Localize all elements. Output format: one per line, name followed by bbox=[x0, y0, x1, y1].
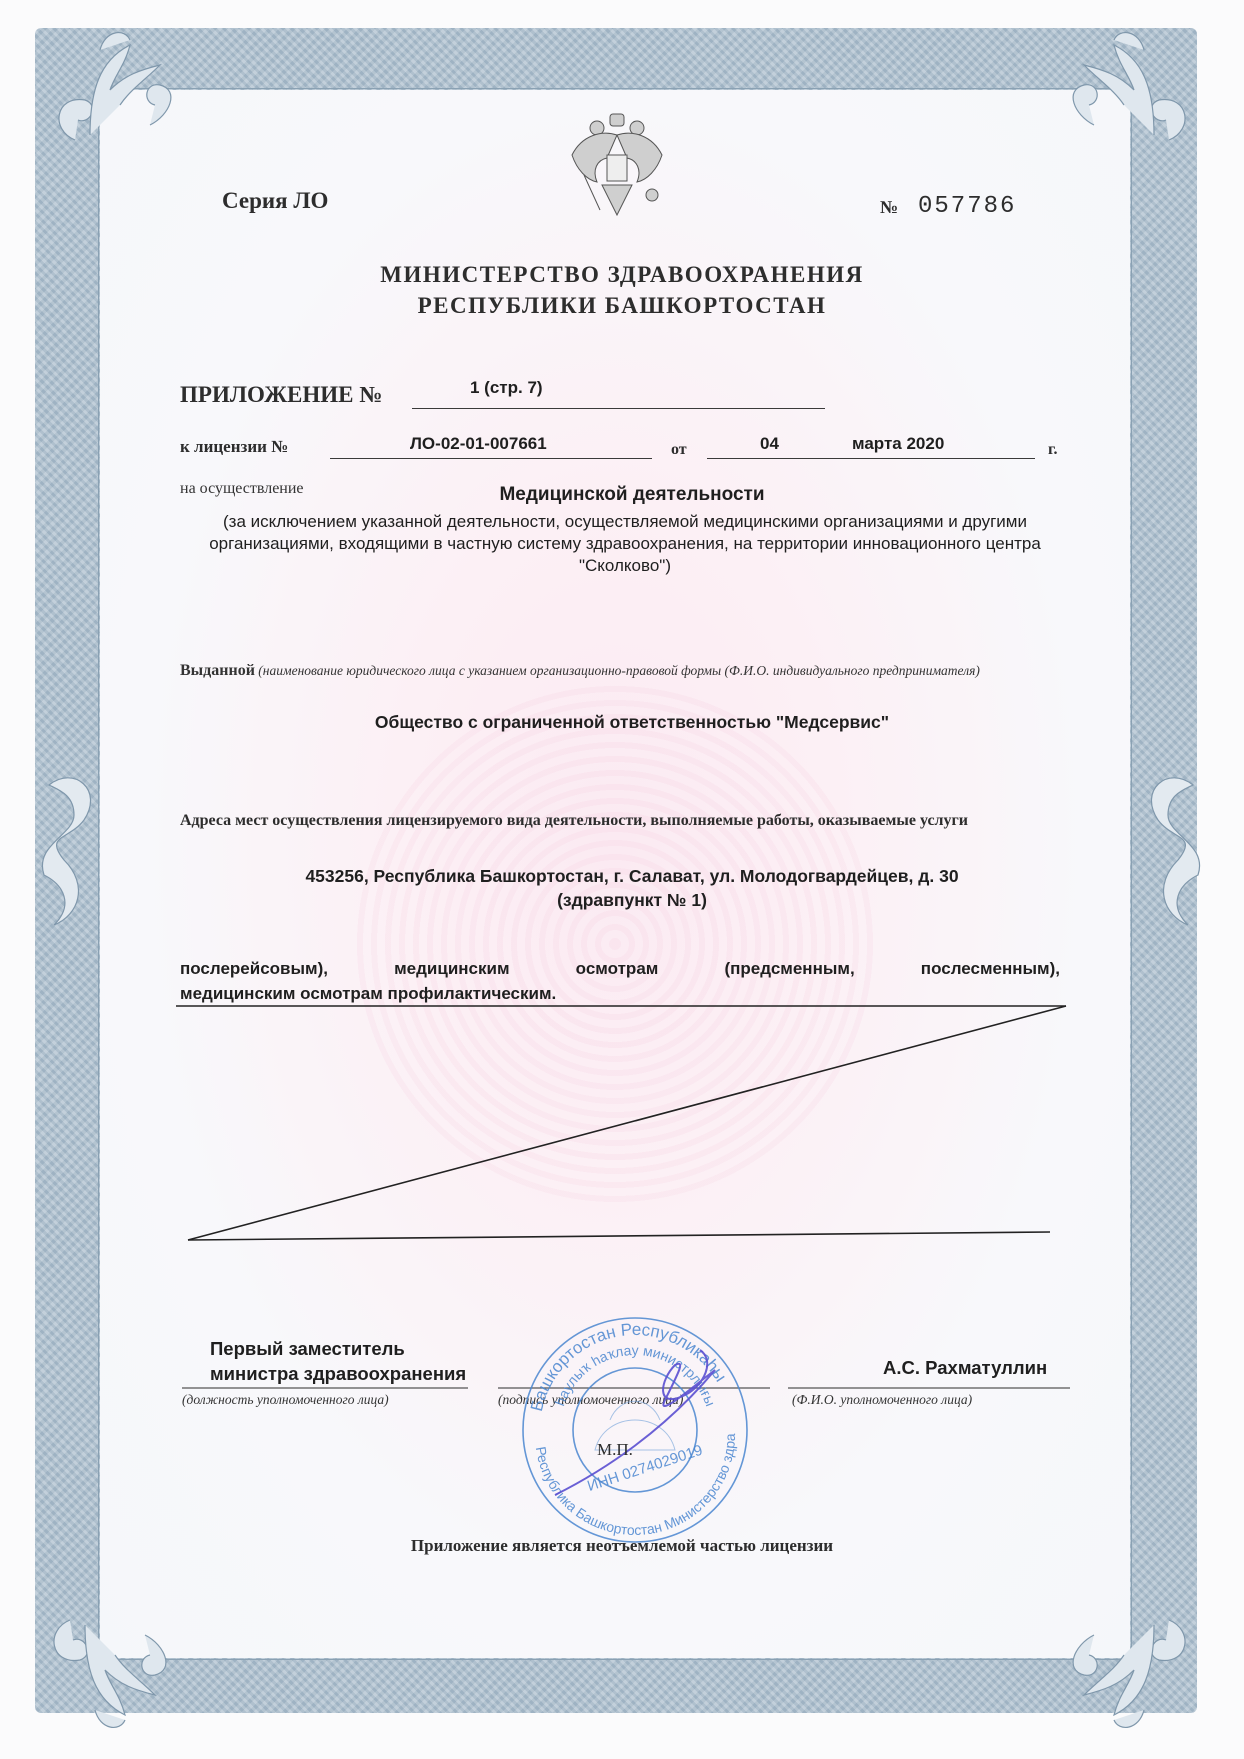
official-seal-icon: Башкортостан Республикаһы һаулыҡ һаҡлау … bbox=[515, 1310, 755, 1550]
signatory-name: А.С. Рахматуллин bbox=[883, 1357, 1047, 1379]
signatory-title: Первый заместитель министра здравоохране… bbox=[210, 1336, 466, 1386]
signatory-title-line2: министра здравоохранения bbox=[210, 1361, 466, 1386]
license-appendix-page: Серия ЛО № 057786 МИНИСТЕРСТВО ЗДРАВООХР… bbox=[0, 0, 1244, 1759]
signatory-title-line1: Первый заместитель bbox=[210, 1336, 466, 1361]
seal-place-mark: М.П. bbox=[597, 1440, 633, 1460]
footer-note: Приложение является неотъемлемой частью … bbox=[0, 1536, 1244, 1556]
strike-diagonal-line bbox=[188, 1006, 1066, 1240]
strike-bottom-line bbox=[188, 1232, 1050, 1240]
caption-name: (Ф.И.О. уполномоченного лица) bbox=[792, 1392, 972, 1408]
caption-position: (должность уполномоченного лица) bbox=[182, 1392, 389, 1408]
